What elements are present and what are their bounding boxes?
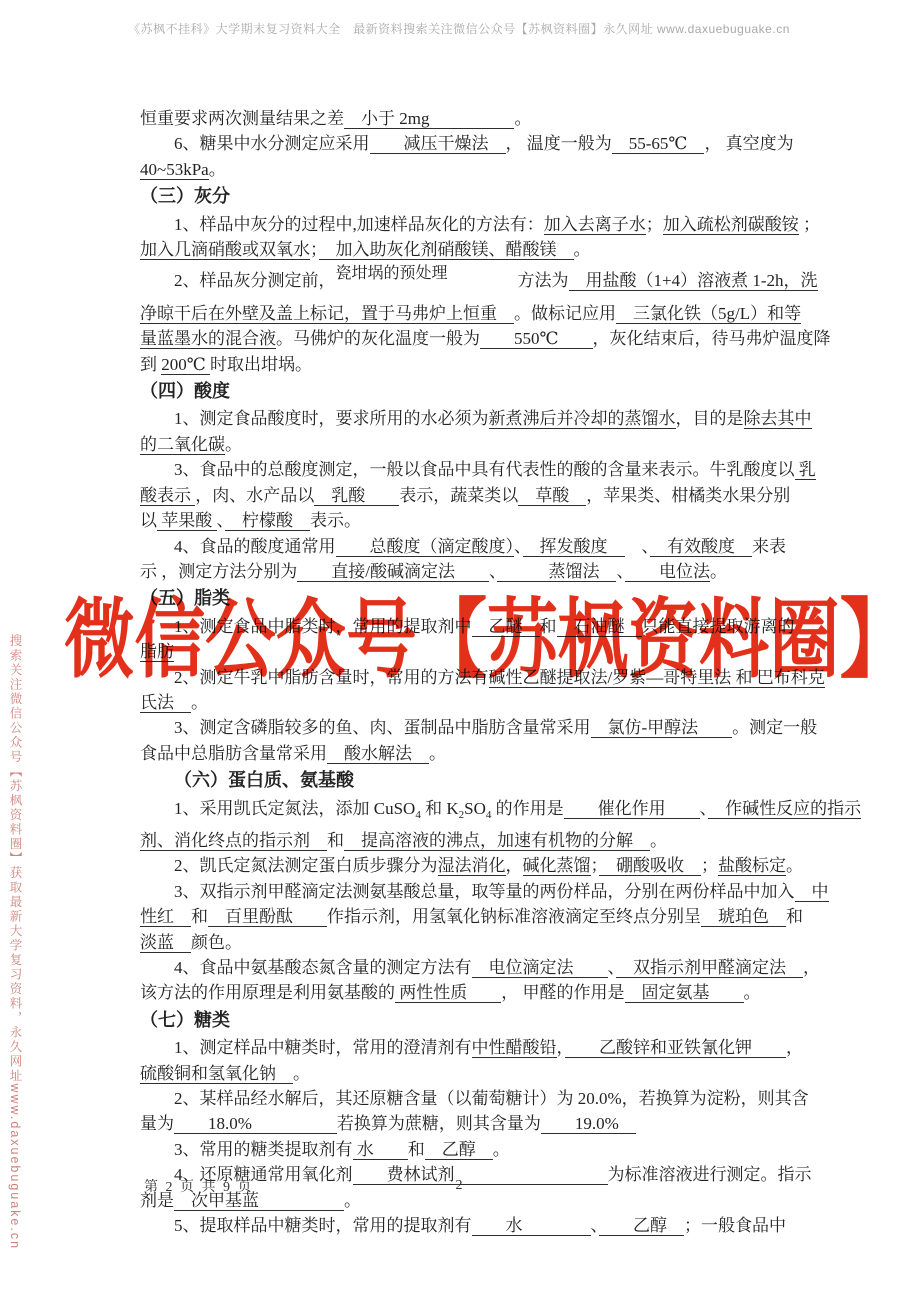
text-line: 酸表示 ，肉、水产品以 乳酸 表示，蔬菜类以 草酸 ，苹果类、柑橘类水果分别	[140, 483, 792, 508]
text-segment: ， 甲醛的作用是	[501, 983, 624, 1002]
answer-blank: 湿法消化	[438, 856, 506, 876]
answer-blank: 加入去离子水	[544, 215, 646, 235]
text-segment: 、	[700, 799, 709, 818]
text-segment: 恒重要求两次测量结果之差	[140, 109, 344, 128]
answer-blank: 减压干燥法	[370, 134, 506, 154]
answer-blank: 两性性质	[395, 983, 501, 1003]
answer-blank: 的二氧化碳	[140, 435, 225, 455]
answer-blank: 水	[472, 1216, 591, 1236]
text-segment: 和	[540, 617, 557, 636]
answer-blank: 乙酸锌和亚铁氰化钾	[565, 1038, 786, 1058]
text-line: 6、糖果中水分测定应采用 减压干燥法 ， 温度一般为 55-65℃ ， 真空度为	[140, 131, 792, 156]
text-segment: ；	[310, 240, 319, 259]
text-segment: ，	[506, 856, 523, 875]
text-line: 示 ，测定方法分别为 直接/酸碱滴定法 、 蒸馏法 、 电位法。	[140, 559, 792, 584]
answer-blank: 作碱性反应的指示	[708, 799, 861, 819]
text-line: 40~53kPa。	[140, 157, 792, 182]
answer-blank: 提高溶液的沸点，加速有机物的分解	[344, 831, 650, 851]
text-line: 1、测定食品酸度时，要求所用的水必须为新煮沸后并冷却的蒸馏水，目的是除去其中	[140, 406, 792, 431]
answer-blank: 乳酸	[314, 486, 399, 506]
answer-blank: 直接/酸碱滴定法	[297, 562, 489, 582]
text-segment: 到	[140, 355, 161, 374]
text-line: 食品中总脂肪含量常采用 酸水解法 。	[140, 741, 792, 766]
text-segment: （七）糖类	[140, 1010, 230, 1030]
text-segment: 3、测定含磷脂较多的鱼、肉、蛋制品中脂肪含量常采用	[174, 718, 591, 737]
answer-blank: 百里酚酞	[208, 907, 327, 927]
text-segment: 。做标记应用	[514, 304, 616, 323]
text-segment: ，苹果类、柑橘类水果分别	[586, 486, 790, 505]
answer-blank: 新煮沸后并冷却的蒸馏水	[489, 409, 676, 429]
text-line: 淡蓝 颜色。	[140, 930, 792, 955]
text-segment: 2、样品灰分测定前，	[174, 271, 336, 290]
section-heading: （三）灰分	[140, 184, 792, 209]
text-line: 3、食品中的总酸度测定，一般以食品中具有代表性的酸的含量来表示。牛乳酸度以 乳	[140, 457, 792, 482]
text-segment: ；	[591, 856, 600, 875]
text-segment: 。	[429, 744, 446, 763]
text-line: 量蓝墨水的混合液。马佛炉的灰化温度一般为 550℃ ，灰化结束后，待马弗炉温度降	[140, 326, 792, 351]
footer-page-number: 2	[0, 1178, 918, 1194]
answer-blank: 硫酸铜和氢氧化钠	[140, 1064, 293, 1084]
answer-blank: 石油醚	[557, 617, 642, 637]
text-line: 到 200℃ 时取出坩埚。	[140, 352, 792, 377]
answer-blank: 脂肪	[140, 642, 174, 662]
text-segment: （五）脂类	[140, 588, 230, 608]
answer-blank: 小于 2mg	[344, 109, 514, 129]
answer-blank: 中	[795, 882, 829, 902]
section-heading: （四）酸度	[140, 379, 792, 404]
text-line: 1、样品中灰分的过程中,加速样品灰化的方法有：加入去离子水；加入疏松剂碳酸铵 ；	[140, 212, 792, 237]
answer-blank: 乳	[795, 460, 816, 480]
answer-blank: 柠檬酸	[225, 511, 310, 531]
text-segment: 方法为	[518, 271, 569, 290]
answer-blank: 乙醇	[425, 1140, 493, 1160]
text-segment: 、	[625, 537, 651, 556]
text-line: 恒重要求两次测量结果之差 小于 2mg 。	[140, 106, 792, 131]
answer-blank: 乙醚	[472, 617, 540, 637]
answer-blank: 200℃	[161, 355, 210, 375]
answer-blank: 固定氨基	[625, 983, 744, 1003]
text-segment: ， 真空度为	[704, 134, 793, 153]
text-segment: ；一般食品中	[684, 1216, 786, 1235]
text-segment: 6、糖果中水分测定应采用	[174, 134, 370, 153]
text-line: 4、食品的酸度通常用 总酸度（滴定酸度）、 挥发酸度 、 有效酸度 来表	[140, 534, 792, 559]
text-segment: 、	[217, 511, 226, 530]
text-segment: 2、某样品经水解后，其还原糖含量（以葡萄糖计）为 20.0%，若换算为淀粉，则其…	[174, 1089, 809, 1108]
answer-blank: 性红	[140, 907, 191, 927]
text-segment: 3、双指示剂甲醛滴定法测氨基酸总量，取等量的两份样品，分别在两份样品中加入	[174, 882, 795, 901]
text-segment: （三）灰分	[140, 186, 230, 206]
answer-blank: 40~53kPa	[140, 160, 209, 180]
section-heading: （五）脂类	[140, 586, 792, 611]
text-segment: 1、测定样品中糖类时，常用的澄清剂有	[174, 1038, 472, 1057]
text-segment: 和	[408, 1140, 425, 1159]
text-segment: 1、采用凯氏定氮法，添加 CuSO	[174, 799, 415, 818]
answer-blank: 催化作用	[564, 799, 700, 819]
answer-blank: 蒸馏法	[497, 562, 616, 582]
text-segment: 的作用是	[491, 799, 563, 818]
text-segment: ，	[786, 1038, 803, 1057]
text-segment: 作指示剂，用氢氧化钠标准溶液滴定至终点分别呈	[327, 907, 701, 926]
answer-blank: 乙醇	[599, 1216, 684, 1236]
text-segment: ；	[799, 215, 820, 234]
text-segment: 4、食品的酸度通常用	[174, 537, 336, 556]
section-heading: （六）蛋白质、氨基酸	[140, 768, 792, 793]
answer-blank: 琥珀色	[701, 907, 786, 927]
answer-blank: 双指示剂甲醛滴定法	[616, 958, 803, 978]
text-line: 的二氧化碳。	[140, 432, 792, 457]
text-segment: 2、测定牛乳中脂肪含量时，常用的方法有	[174, 668, 489, 687]
answer-blank: 碱化蒸馏	[523, 856, 591, 876]
answer-blank: 酸水解法	[327, 744, 429, 764]
text-line: 加入几滴硝酸或双氧水； 加入助灰化剂硝酸镁、醋酸镁 。	[140, 237, 792, 262]
text-segment: 。	[191, 693, 208, 712]
answer-blank: 有效酸度	[650, 537, 752, 557]
answer-blank: 量蓝墨水的混合液	[140, 329, 276, 349]
text-segment: 示 ，测定方法分别为	[140, 562, 297, 581]
text-segment: （四）酸度	[140, 381, 230, 401]
text-segment: 。	[225, 435, 242, 454]
document-content: 恒重要求两次测量结果之差 小于 2mg 。6、糖果中水分测定应采用 减压干燥法 …	[140, 106, 792, 1238]
answer-blank: 中性醋酸铅	[472, 1038, 557, 1058]
text-line: 1、测定食品中脂类时，常用的提取剂中 乙醚 和 石油醚 只能直接提取游离的	[140, 614, 792, 639]
answer-blank: 氯仿-甲醇法	[591, 718, 733, 738]
text-segment: 。	[744, 983, 761, 1002]
answer-blank: 硼酸吸收	[599, 856, 701, 876]
text-line: 净晾干后在外壁及盖上标记，置于马弗炉上恒重 。做标记应用 三氯化铁（5g/L）和…	[140, 301, 792, 326]
answer-blank: 氏法	[140, 693, 191, 713]
answer-blank: 盐酸标定	[718, 856, 786, 876]
text-segment: 。	[493, 1140, 510, 1159]
text-line: 性红 和 百里酚酞 作指示剂，用氢氧化钠标准溶液滴定至终点分别呈 琥珀色 和	[140, 904, 792, 929]
answer-blank: 剂、消化终点的指示剂	[140, 831, 327, 851]
text-segment: 。马佛炉的灰化温度一般为	[276, 329, 480, 348]
answer-blank: 酸表示	[140, 486, 195, 506]
text-segment: ，肉、水产品以	[195, 486, 314, 505]
answer-blank: 三氯化铁（5g/L）和等	[616, 304, 801, 324]
text-segment: 3、食品中的总酸度测定，一般以食品中具有代表性的酸的含量来表示。牛乳酸度以	[174, 460, 795, 479]
answer-blank: 18.0%	[174, 1114, 337, 1134]
text-segment: 1、测定食品中脂类时，常用的提取剂中	[174, 617, 472, 636]
answer-blank: 55-65℃	[612, 134, 705, 154]
text-segment: 1、测定食品酸度时，要求所用的水必须为	[174, 409, 489, 428]
text-segment: ， 温度一般为	[506, 134, 612, 153]
text-segment: 和	[191, 907, 208, 926]
answer-blank: 电位滴定法	[472, 958, 608, 978]
text-line: 1、测定样品中糖类时，常用的澄清剂有中性醋酸铅， 乙酸锌和亚铁氰化钾 ，	[140, 1035, 792, 1060]
text-segment: 。	[514, 109, 531, 128]
text-segment: 、	[616, 562, 625, 581]
text-line: 以 苹果酸 、 柠檬酸 表示。	[140, 508, 792, 533]
text-segment: 、	[514, 537, 523, 556]
text-segment: 和	[327, 831, 344, 850]
answer-blank: 碱性乙醚提取法/罗紫—哥特里法 和 巴布科克	[489, 668, 825, 688]
text-segment: 。测定一般	[732, 718, 817, 737]
answer-blank: 水	[353, 1140, 408, 1160]
text-segment: 。	[710, 562, 727, 581]
text-segment: 。	[786, 856, 803, 875]
text-segment: ，灰化结束后，待马弗炉温度降	[593, 329, 831, 348]
text-segment: 时取出坩埚。	[210, 355, 312, 374]
text-segment: 3、常用的糖类提取剂有	[174, 1140, 353, 1159]
answer-blank: 加入疏松剂碳酸铵	[663, 215, 799, 235]
answer-blank: 草酸	[518, 486, 586, 506]
text-segment: 瓷坩埚的预处理	[336, 265, 448, 282]
answer-blank: 除去其中	[744, 409, 812, 429]
text-segment: ；	[701, 856, 718, 875]
page-header-note: 《苏枫不挂科》大学期末复习资料大全 最新资料搜索关注微信公众号【苏枫资料圈】永久…	[0, 20, 918, 37]
text-segment: 食品中总脂肪含量常采用	[140, 744, 327, 763]
text-segment: ；	[646, 215, 663, 234]
text-segment: 颜色。	[191, 933, 242, 952]
section-heading: （七）糖类	[140, 1008, 792, 1033]
text-segment: 、	[608, 958, 617, 977]
text-line: 硫酸铜和氢氧化钠 。	[140, 1061, 792, 1086]
text-line: 脂肪	[140, 639, 792, 664]
text-segment: 4、食品中氨基酸态氮含量的测定方法有	[174, 958, 472, 977]
answer-blank: 电位法	[625, 562, 710, 582]
text-segment: （六）蛋白质、氨基酸	[174, 770, 354, 790]
text-line: 剂、消化终点的指示剂 和 提高溶液的沸点，加速有机物的分解 。	[140, 828, 792, 853]
text-segment: 表示。	[310, 511, 361, 530]
text-segment: 若换算为蔗糖，则其含量为	[337, 1114, 541, 1133]
text-segment: ，	[803, 958, 820, 977]
text-segment: 1、样品中灰分的过程中,加速样品灰化的方法有：	[174, 215, 544, 234]
text-segment: 、	[591, 1216, 600, 1235]
text-segment: 。	[650, 831, 667, 850]
text-segment: 表示，蔬菜类以	[399, 486, 518, 505]
text-segment: 5、提取样品中糖类时，常用的提取剂有	[174, 1216, 472, 1235]
text-line: 2、样品灰分测定前，瓷坩埚的预处理方法为 用盐酸（1+4）溶液煮 1-2h，洗	[140, 268, 792, 294]
text-segment: ，	[557, 1038, 566, 1057]
text-segment: 来表	[752, 537, 786, 556]
answer-blank: 加入几滴硝酸或双氧水	[140, 240, 310, 260]
text-line: 氏法 。	[140, 690, 792, 715]
text-segment: 以	[140, 511, 157, 530]
text-segment: 。	[209, 160, 226, 179]
text-line: 1、采用凯氏定氮法，添加 CuSO4 和 K2SO4 的作用是 催化作用 、 作…	[140, 796, 792, 828]
text-line: 该方法的作用原理是利用氨基酸的 两性性质 ， 甲醛的作用是 固定氨基 。	[140, 980, 792, 1005]
answer-blank: 淡蓝	[140, 933, 191, 953]
side-watermark-text: 搜索关注微信公众号【苏枫资料圈】获取最新大学复习资料，永久网址www.daxue…	[6, 634, 24, 1294]
text-segment: 。	[574, 240, 591, 259]
answer-blank: 用盐酸（1+4）溶液煮 1-2h，洗	[569, 271, 818, 291]
answer-blank: 净晾干后在外壁及盖上标记，置于马弗炉上恒重	[140, 304, 514, 324]
text-line: 3、双指示剂甲醛滴定法测氨基酸总量，取等量的两份样品，分别在两份样品中加入 中	[140, 879, 792, 904]
text-line: 5、提取样品中糖类时，常用的提取剂有 水 、 乙醇 ；一般食品中	[140, 1213, 792, 1238]
text-line: 3、测定含磷脂较多的鱼、肉、蛋制品中脂肪含量常采用 氯仿-甲醇法 。测定一般	[140, 715, 792, 740]
text-segment: 和 K	[421, 799, 459, 818]
text-line: 2、某样品经水解后，其还原糖含量（以葡萄糖计）为 20.0%，若换算为淀粉，则其…	[140, 1086, 792, 1111]
text-segment: 只能直接提取游离的	[642, 617, 795, 636]
text-segment: 2、凯氏定氮法测定蛋白质步骤分为	[174, 856, 438, 875]
text-line: 4、食品中氨基酸态氮含量的测定方法有 电位滴定法 、 双指示剂甲醛滴定法 ，	[140, 955, 792, 980]
answer-blank: 总酸度（滴定酸度）	[336, 537, 515, 557]
text-line: 2、凯氏定氮法测定蛋白质步骤分为湿法消化，碱化蒸馏； 硼酸吸收 ；盐酸标定。	[140, 853, 792, 878]
text-line: 量为 18.0% 若换算为蔗糖，则其含量为 19.0%	[140, 1111, 792, 1136]
text-line: 3、常用的糖类提取剂有 水 和 乙醇 。	[140, 1137, 792, 1162]
text-segment: 量为	[140, 1114, 174, 1133]
answer-blank: 550℃	[480, 329, 593, 349]
text-segment: 该方法的作用原理是利用氨基酸的	[140, 983, 395, 1002]
text-segment: 。	[293, 1064, 310, 1083]
answer-blank: 挥发酸度	[523, 537, 625, 557]
answer-blank: 苹果酸	[157, 511, 217, 531]
text-segment: SO	[464, 799, 486, 818]
answer-blank: 19.0%	[541, 1114, 636, 1134]
text-line: 2、测定牛乳中脂肪含量时，常用的方法有碱性乙醚提取法/罗紫—哥特里法 和 巴布科…	[140, 665, 792, 690]
text-segment: ，目的是	[676, 409, 744, 428]
text-segment: 和	[786, 907, 803, 926]
answer-blank: 加入助灰化剂硝酸镁、醋酸镁	[319, 240, 574, 260]
